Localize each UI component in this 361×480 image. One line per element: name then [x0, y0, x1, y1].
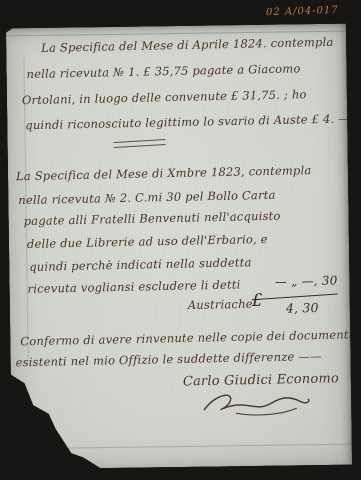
currency-label: Austriache: [188, 297, 253, 312]
flourish-double-underline: [113, 139, 165, 148]
manuscript-line: La Specifica del Mese di Xmbre 1823, con…: [16, 163, 312, 183]
sum-rule: [252, 294, 338, 301]
manuscript-line: nella ricevuta № 2. C.mi 30 pel Bollo Ca…: [18, 188, 276, 207]
manuscript-line: quindi perchè indicati nella suddetta: [29, 255, 252, 274]
manuscript-paper: La Specifica del Mese di Aprile 1824. co…: [6, 24, 352, 470]
manuscript-line: Confermo di avere rinvenute nelle copie …: [20, 327, 353, 348]
lira-symbol: £: [252, 291, 263, 311]
manuscript-line: quindi riconosciuto legittimo lo svario …: [25, 111, 350, 132]
manuscript-line: nella ricevuta № 1. £ 35,75 pagate a Gia…: [26, 61, 300, 81]
amount-ditto-value: — „ —, 30: [237, 273, 337, 289]
manuscript-line: pagate alli Fratelli Benvenuti nell'acqu…: [23, 209, 280, 228]
manuscript-line: esistenti nel mio Offizio le suddette di…: [15, 349, 321, 369]
scanned-manuscript-photo: 02 A/04-017 La Specifica del Mese di Apr…: [0, 0, 361, 480]
manuscript-line: delle due Librerie ad uso dell'Erbario, …: [27, 232, 268, 251]
manuscript-line: ricevuta vogliansi escludere li detti: [27, 277, 240, 295]
amount-total-value: 4, 30: [286, 300, 319, 316]
archive-reference-number: 02 A/04-017: [266, 5, 339, 19]
manuscript-line: La Specifica del Mese di Aprile 1824. co…: [41, 35, 334, 55]
signature-flourish: [196, 388, 316, 420]
manuscript-line: Ortolani, in luogo delle convenute £ 31,…: [22, 87, 307, 107]
paper-crease-bottom: [12, 444, 352, 450]
signature-name: Carlo Giudici Economo: [183, 371, 339, 389]
